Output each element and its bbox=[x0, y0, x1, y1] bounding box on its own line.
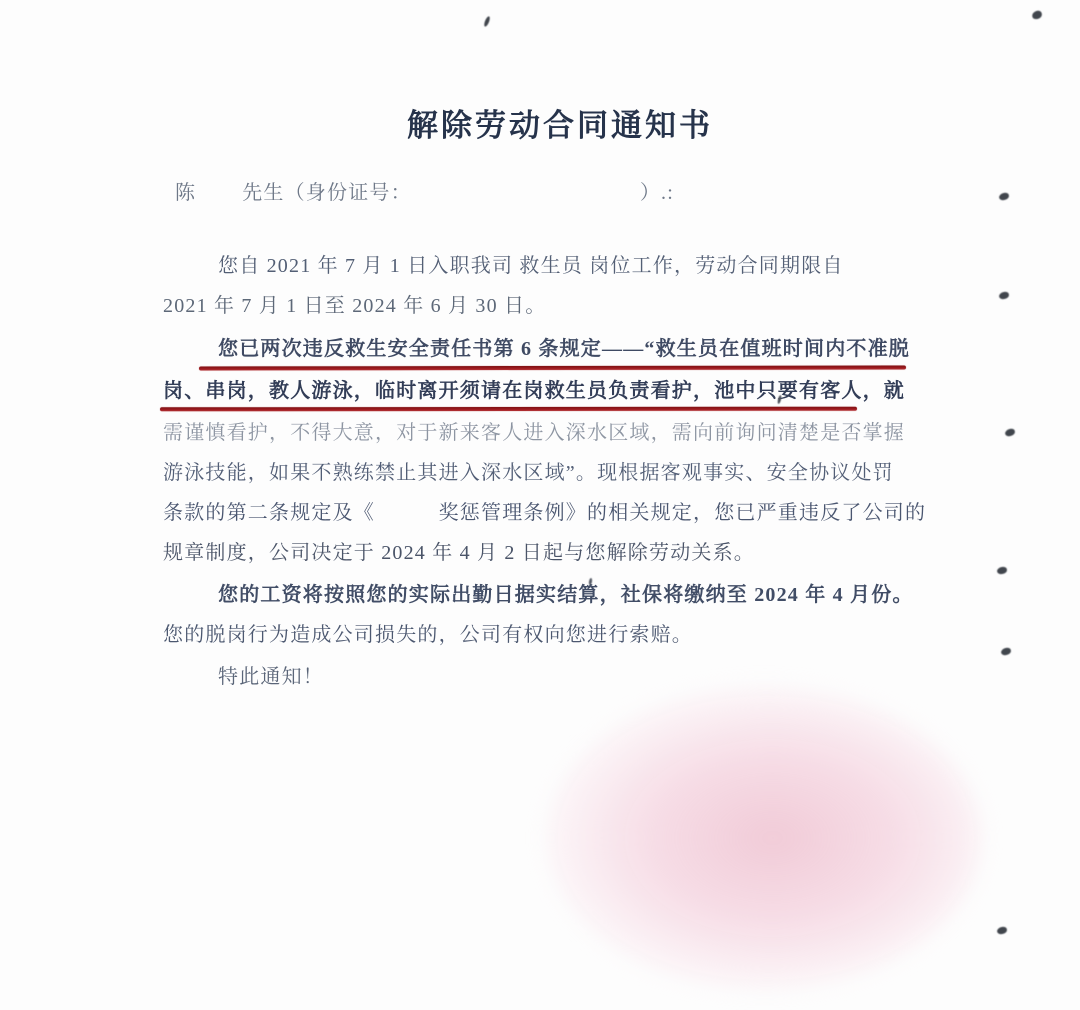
recipient-honorific: 先生 bbox=[242, 182, 284, 204]
blurred-red-stamp bbox=[548, 688, 980, 988]
scan-speck bbox=[1004, 428, 1015, 437]
body-line-11: 特此通知！ bbox=[163, 663, 908, 691]
body-line-9: 您的工资将按照您的实际出勤日据实结算，社保将缴纳至 2024 年 4 月份。 bbox=[163, 581, 908, 609]
document-title: 解除劳动合同通知书 bbox=[20, 100, 1080, 145]
red-underline-2 bbox=[160, 407, 857, 412]
red-underline-1 bbox=[199, 366, 906, 371]
body-line-6: 游泳技能，如果不熟练禁止其进入深水区域”。现根据客观事实、安全协议处罚 bbox=[163, 459, 908, 487]
scan-speck bbox=[996, 926, 1007, 935]
body-line-2: 2021 年 7 月 1 日至 2024 年 6 月 30 日。 bbox=[163, 292, 908, 320]
body-line-7: 条款的第二条规定及《 奖惩管理条例》的相关规定，您已严重违反了公司的 bbox=[163, 499, 908, 527]
body-line-5: 需谨慎看护，不得大意，对于新来客人进入深水区域，需向前询问清楚是否掌握 bbox=[163, 419, 908, 447]
recipient-surname: 陈 bbox=[175, 182, 196, 204]
recipient-line: 陈先生（身份证号：）.: bbox=[175, 179, 920, 207]
scan-speck bbox=[998, 291, 1009, 300]
scan-speck bbox=[1000, 647, 1011, 656]
recipient-id-suffix: ）.: bbox=[640, 182, 674, 204]
scanned-termination-notice-page: 解除劳动合同通知书 陈先生（身份证号：）.: 您自 2021 年 7 月 1 日… bbox=[0, 0, 1080, 1010]
body-line-4: 岗、串岗，教人游泳，临时离开须请在岗救生员负责看护，池中只要有客人，就 bbox=[163, 377, 908, 405]
body-line-3: 您已两次违反救生安全责任书第 6 条规定——“救生员在值班时间内不准脱 bbox=[163, 335, 908, 363]
body-line-1: 您自 2021 年 7 月 1 日入职我司 救生员 岗位工作，劳动合同期限自 bbox=[163, 252, 908, 280]
scan-speck bbox=[483, 16, 491, 28]
body-line-10: 您的脱岗行为造成公司损失的，公司有权向您进行索赔。 bbox=[163, 621, 908, 649]
recipient-id-label: （身份证号： bbox=[285, 182, 412, 204]
scan-speck bbox=[998, 192, 1009, 201]
scan-speck bbox=[1031, 10, 1043, 21]
scan-speck bbox=[997, 566, 1008, 574]
body-line-8: 规章制度，公司决定于 2024 年 4 月 2 日起与您解除劳动关系。 bbox=[163, 539, 908, 567]
